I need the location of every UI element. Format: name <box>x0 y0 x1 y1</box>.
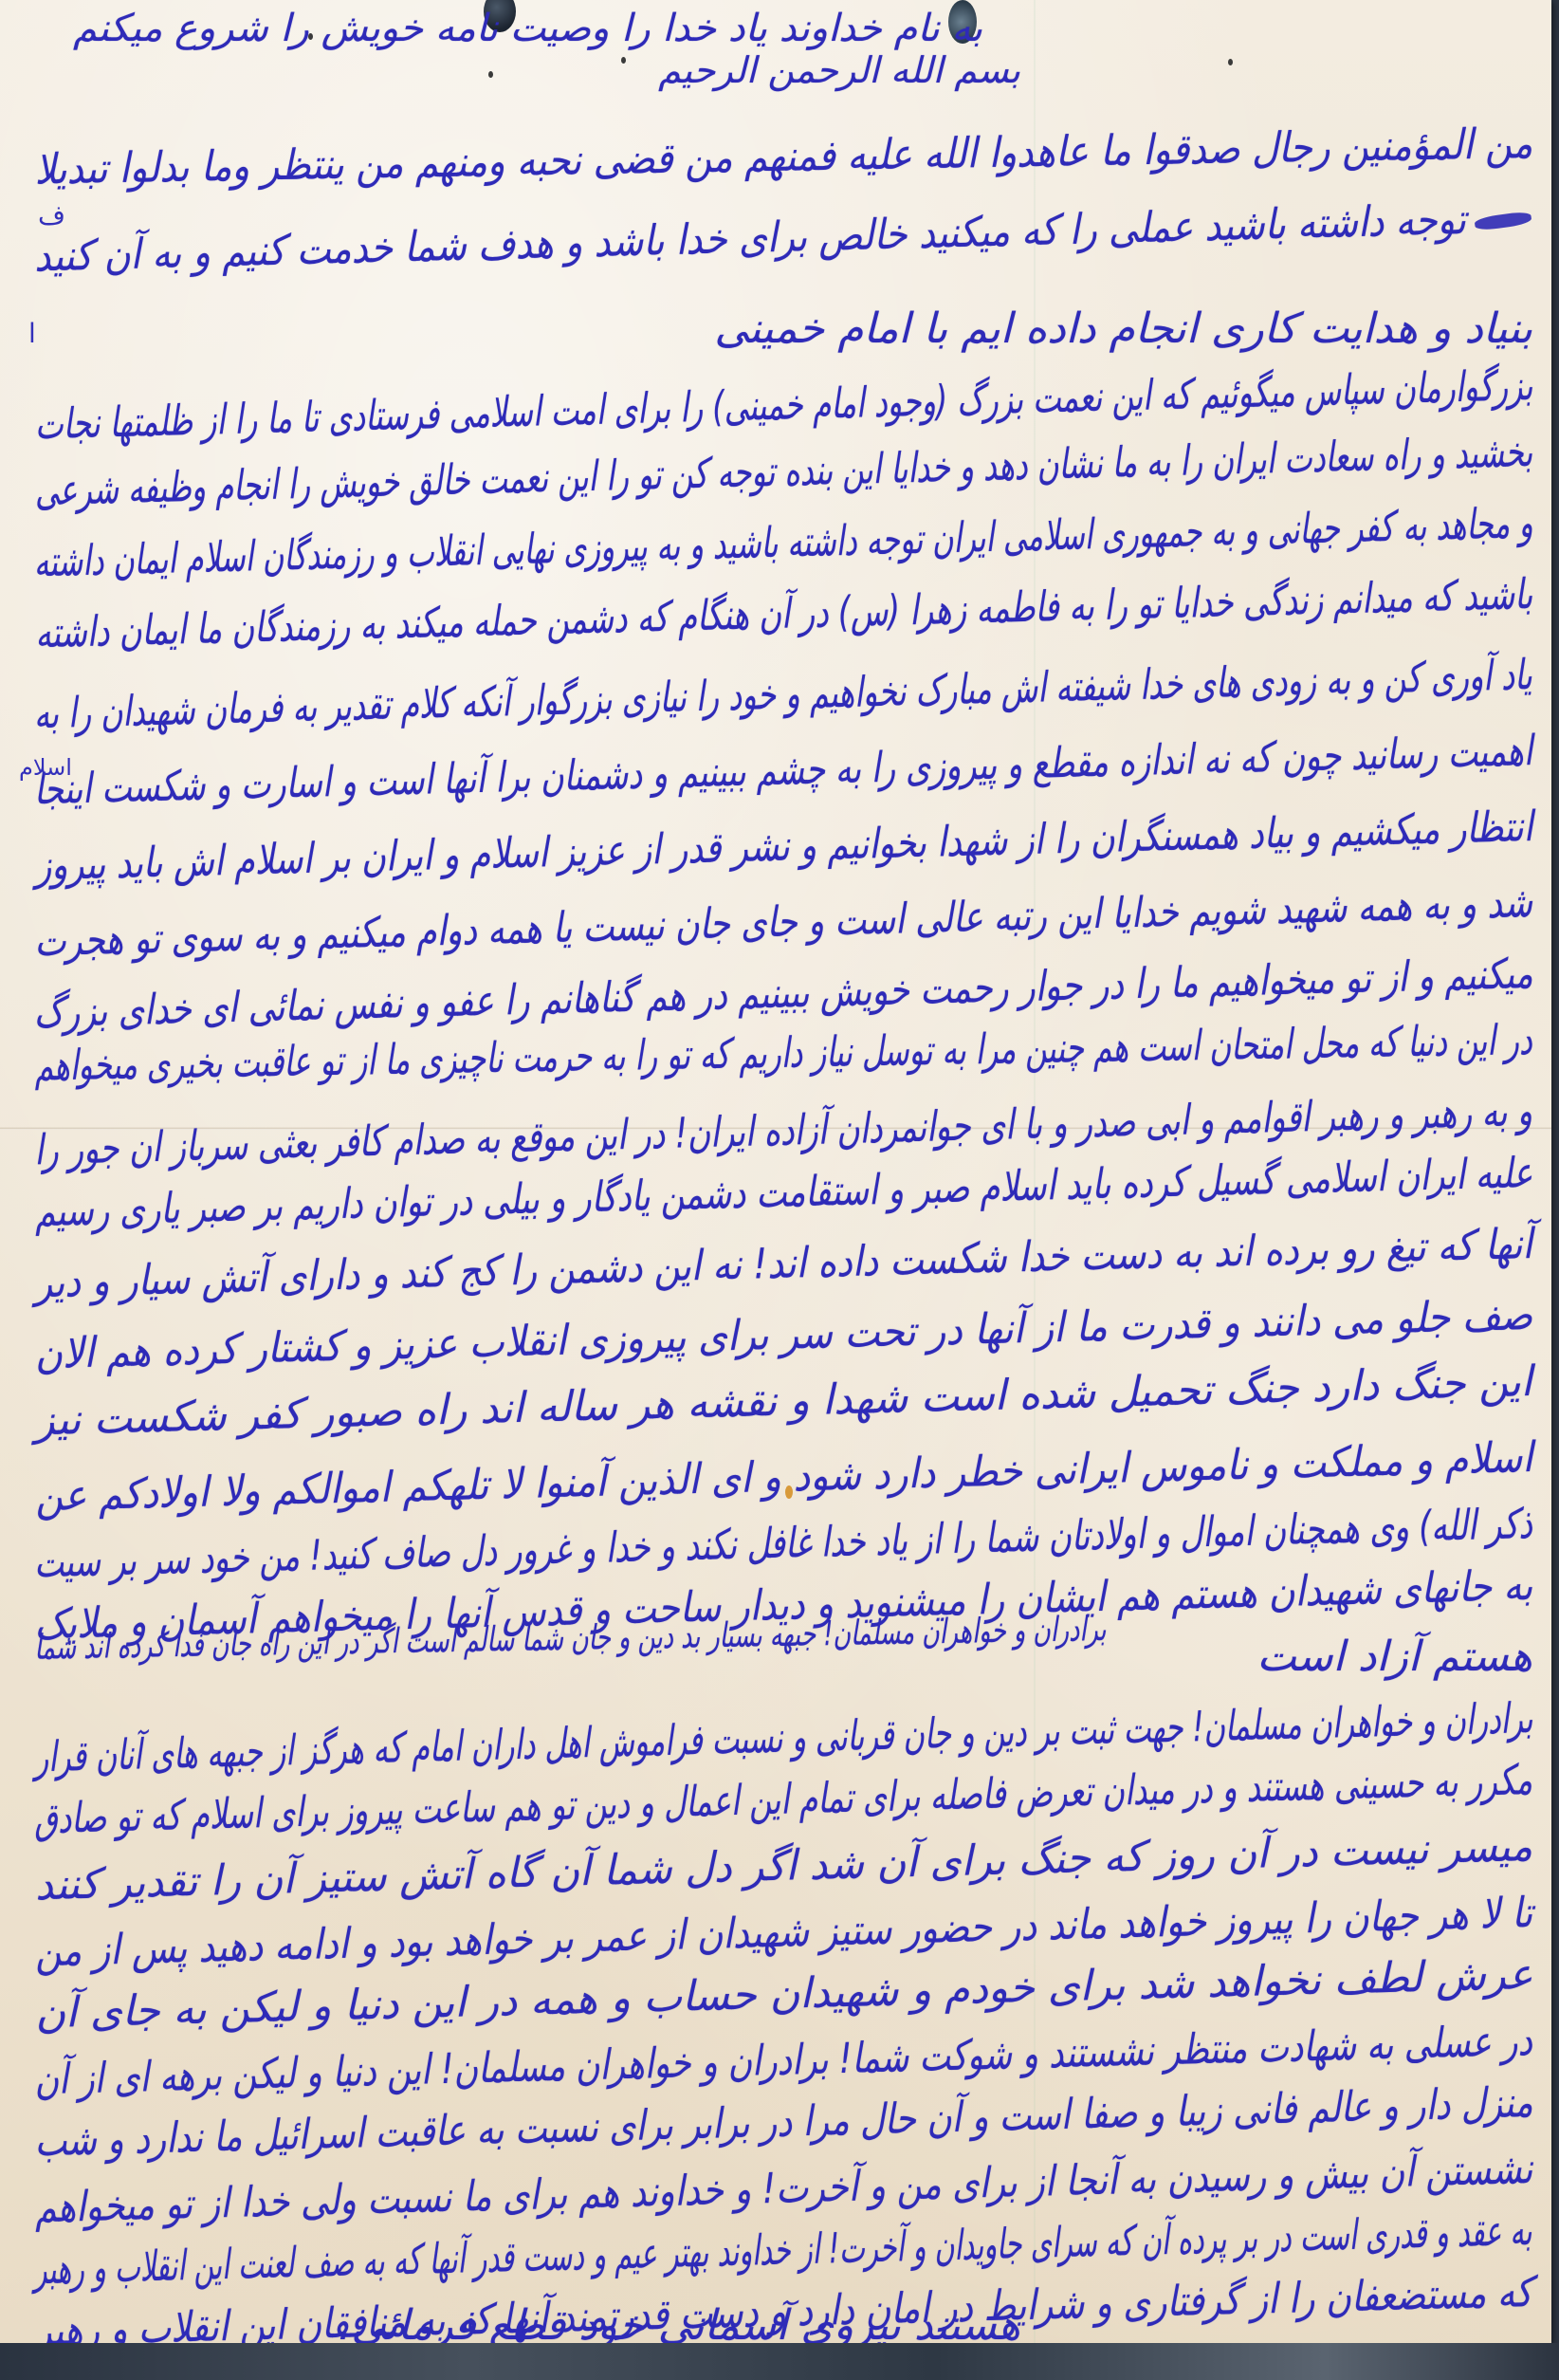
text-line: هستم آزاد است <box>1256 1636 1532 1678</box>
letter-heading: به نام خداوند یاد خدا را وصیت نامه خویش … <box>73 9 982 47</box>
text-line: و مجاهد به کفر جهانی و به جمهوری اسلامی … <box>33 503 1533 583</box>
letter-body: به نام خداوند یاد خدا را وصیت نامه خویش … <box>0 0 1551 2343</box>
text-line: انتظار میکشیم و بیاد همسنگران را از شهدا… <box>34 806 1532 887</box>
margin-note: ا <box>28 318 36 349</box>
basmala: بسم الله الرحمن الرحیم <box>658 52 1020 88</box>
margin-note: ف <box>38 199 65 231</box>
text-line: یاد آوری کن و به زودی های خدا شیفته اش م… <box>34 655 1533 735</box>
margin-note: اسلام <box>19 754 72 781</box>
text-line: بخشید و راه سعادت ایران را به ما نشان ده… <box>34 432 1533 512</box>
text-line: آنها که تیغ رو برده اند به دست خدا شکست … <box>34 1224 1532 1304</box>
text-line: باشید که میدانم زندگی خدایا تو را به فاط… <box>35 574 1533 655</box>
text-line: اهمیت رسانید چون که نه اندازه مقطع و پیر… <box>33 730 1532 811</box>
background-surface <box>0 2343 1559 2380</box>
text-line: من المؤمنین رجال صدقوا ما عاهدوا الله عل… <box>34 123 1532 192</box>
text-line: بنیاد و هدایت کاری انجام داده ایم با اما… <box>714 308 1532 350</box>
letter-paper: به نام خداوند یاد خدا را وصیت نامه خویش … <box>0 0 1551 2343</box>
text-line: این جنگ دارد جنگ تحمیل شده است شهدا و نق… <box>35 1361 1533 1442</box>
text-line-closing: هستند نیروی آسمانی خود قطع فرمائی. <box>338 2305 1020 2347</box>
text-line: توجه داشته باشید عملی را که میکنید خالص … <box>34 199 1467 279</box>
text-line: شد و به همه شهید شویم خدایا این رتبه عال… <box>34 882 1533 963</box>
